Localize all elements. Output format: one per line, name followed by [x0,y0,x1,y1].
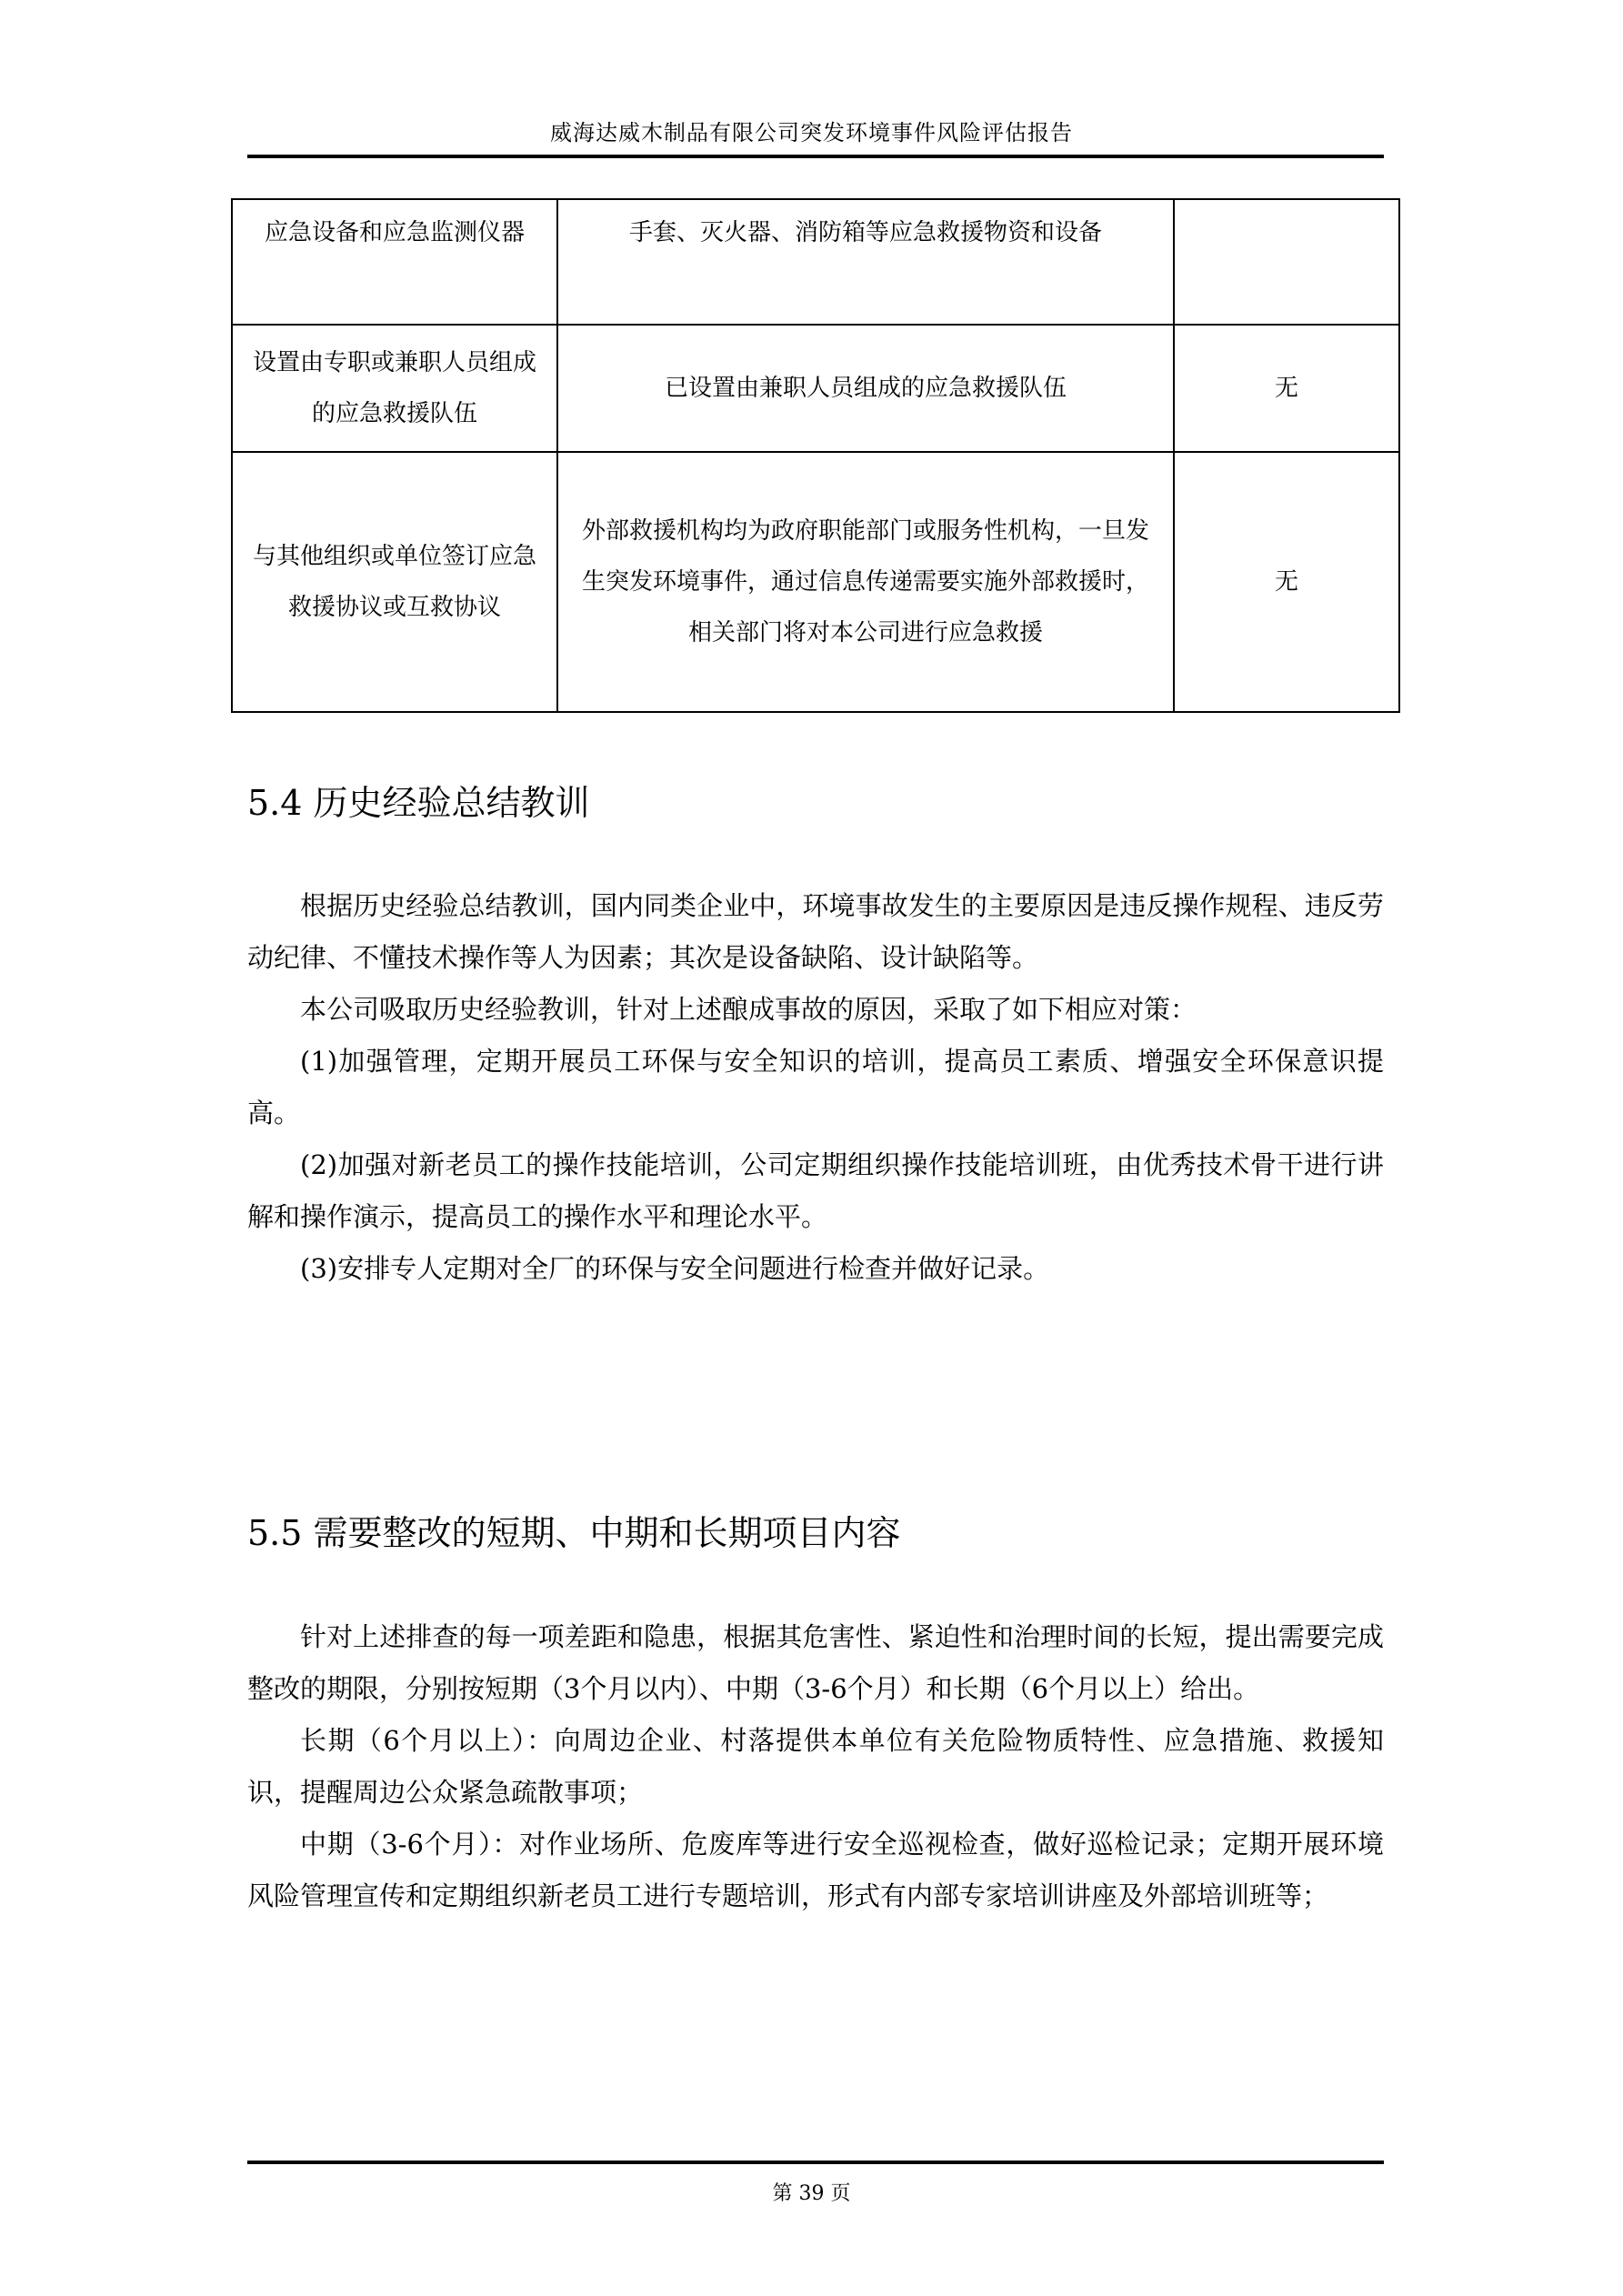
section-heading-5-5: 5.5 需要整改的短期、中期和长期项目内容 [247,1505,901,1555]
table-cell-status: 外部救援机构均为政府职能部门或服务性机构，一旦发生突发环境事件，通过信息传递需要… [557,452,1174,712]
table-cell-status: 已设置由兼职人员组成的应急救援队伍 [557,325,1174,452]
table-cell-status: 手套、灭火器、消防箱等应急救援物资和设备 [557,199,1174,325]
emergency-resources-table: 应急设备和应急监测仪器 手套、灭火器、消防箱等应急救援物资和设备 设置由专职或兼… [231,198,1400,713]
table-row: 应急设备和应急监测仪器 手套、灭火器、消防箱等应急救援物资和设备 [232,199,1399,325]
paragraph: 长期（6个月以上）：向周边企业、村落提供本单位有关危险物质特性、应急措施、救援知… [247,1715,1384,1819]
table-cell-item: 与其他组织或单位签订应急救援协议或互救协议 [232,452,557,712]
table-row: 设置由专职或兼职人员组成的应急救援队伍 已设置由兼职人员组成的应急救援队伍 无 [232,325,1399,452]
paragraph: (1)加强管理，定期开展员工环保与安全知识的培训，提高员工素质、增强安全环保意识… [247,1036,1384,1139]
footer-rule [247,2161,1384,2164]
table-row: 与其他组织或单位签订应急救援协议或互救协议 外部救援机构均为政府职能部门或服务性… [232,452,1399,712]
header-rule [247,155,1384,158]
paragraph: 本公司吸取历史经验教训，针对上述酿成事故的原因，采取了如下相应对策： [247,984,1384,1036]
table-cell-gap [1174,199,1399,325]
page-number: 第 39 页 [0,2178,1623,2206]
paragraph: 针对上述排查的每一项差距和隐患，根据其危害性、紧迫性和治理时间的长短，提出需要完… [247,1611,1384,1715]
section-5-4-body: 根据历史经验总结教训，国内同类企业中，环境事故发生的主要原因是违反操作规程、违反… [247,880,1384,1295]
section-5-5-body: 针对上述排查的每一项差距和隐患，根据其危害性、紧迫性和治理时间的长短，提出需要完… [247,1611,1384,1922]
table-cell-gap: 无 [1174,452,1399,712]
document-header-title: 威海达威木制品有限公司突发环境事件风险评估报告 [0,115,1623,146]
section-heading-5-4: 5.4 历史经验总结教训 [247,775,590,825]
paragraph: (3)安排专人定期对全厂的环保与安全问题进行检查并做好记录。 [247,1243,1384,1295]
table-cell-gap: 无 [1174,325,1399,452]
table-cell-item: 设置由专职或兼职人员组成的应急救援队伍 [232,325,557,452]
paragraph: 中期（3-6个月）：对作业场所、危废库等进行安全巡视检查，做好巡检记录；定期开展… [247,1819,1384,1922]
table-cell-item: 应急设备和应急监测仪器 [232,199,557,325]
paragraph: 根据历史经验总结教训，国内同类企业中，环境事故发生的主要原因是违反操作规程、违反… [247,880,1384,984]
paragraph: (2)加强对新老员工的操作技能培训，公司定期组织操作技能培训班，由优秀技术骨干进… [247,1139,1384,1243]
